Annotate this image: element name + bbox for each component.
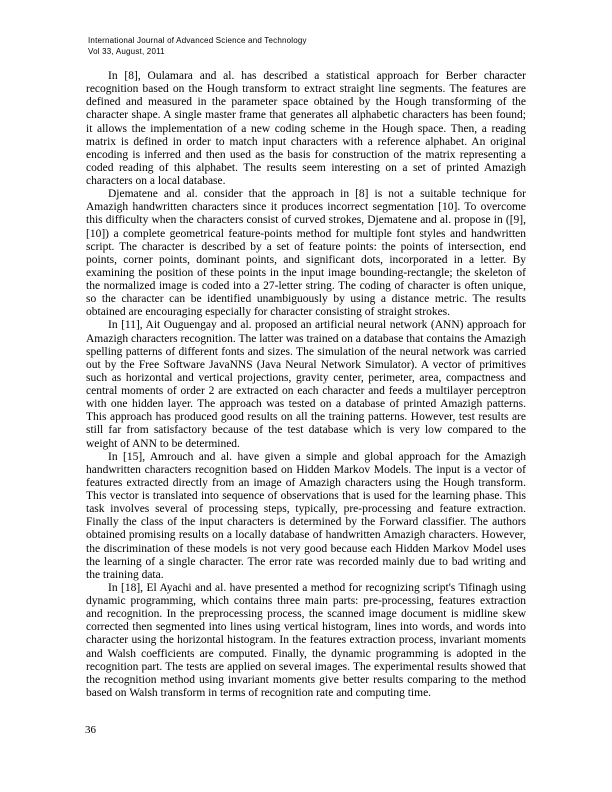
body-text: In [8], Oulamara and al. has described a… — [86, 70, 526, 700]
paragraph: In [18], El Ayachi and al. have presente… — [86, 582, 526, 700]
paragraph: Djematene and al. consider that the appr… — [86, 188, 526, 319]
journal-title: International Journal of Advanced Scienc… — [88, 36, 307, 47]
page-header: International Journal of Advanced Scienc… — [88, 36, 307, 57]
paragraph: In [15], Amrouch and al. have given a si… — [86, 451, 526, 582]
journal-issue-line: Vol 33, August, 2011 — [88, 47, 307, 58]
paper-page: International Journal of Advanced Scienc… — [0, 0, 612, 792]
paragraph: In [11], Ait Ouguengay and al. proposed … — [86, 319, 526, 450]
page-footer: 36 — [85, 724, 96, 736]
paragraph: In [8], Oulamara and al. has described a… — [86, 70, 526, 188]
page-number: 36 — [85, 724, 96, 736]
